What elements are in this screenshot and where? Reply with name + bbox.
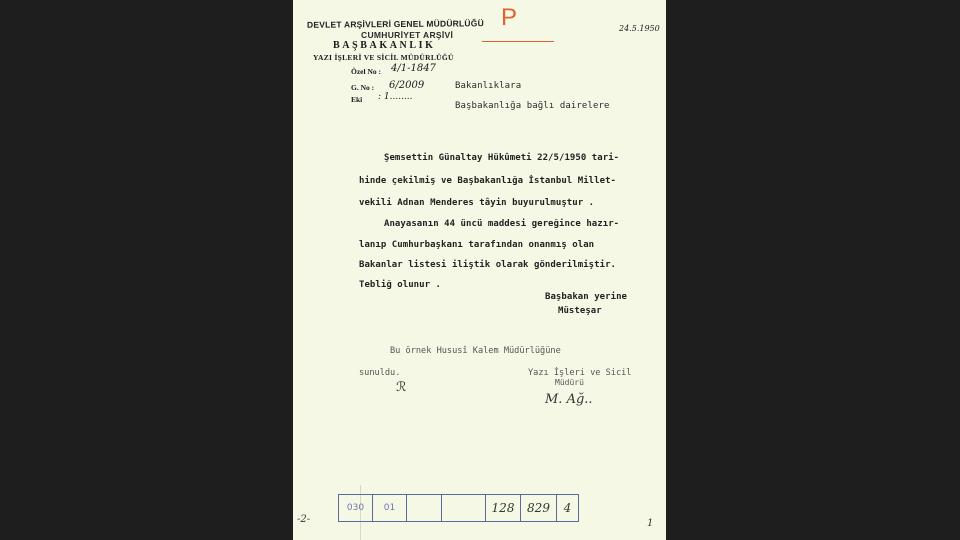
g-no-label: G. No : xyxy=(351,83,374,92)
letterhead-title: BAŞBAKANLIK xyxy=(333,40,436,51)
copy-note-line1: Bu örnek Hususî Kalem Müdürlüğüne xyxy=(390,346,561,356)
handwritten-signature: M. Ağ.. xyxy=(545,392,593,407)
initials-mark: ℛ xyxy=(396,380,406,395)
archive-box-empty-1 xyxy=(407,495,442,521)
ozel-no-label: Özel No : xyxy=(351,67,381,76)
body-line-3: vekili Adnan Menderes tâyin buyurulmuştu… xyxy=(359,198,594,208)
page-number-right: 1 xyxy=(647,518,653,529)
archive-stamp-line2: CUMHURİYET ARŞİVİ xyxy=(361,30,453,40)
archive-reference-boxes: 030 01 128 829 4 xyxy=(338,494,579,522)
eki-value: : 1........ xyxy=(378,92,413,102)
ozel-no-value: 4/1-1847 xyxy=(391,63,436,74)
recipient-2: Başbakanlığa bağlı dairelere xyxy=(455,101,610,111)
archive-box-file: 829 xyxy=(521,495,557,521)
document-page: DEVLET ARŞİVLERİ GENEL MÜDÜRLÜĞÜ CUMHURİ… xyxy=(293,0,666,540)
signature-block-role: Müsteşar xyxy=(558,306,602,316)
signature-block-title: Başbakan yerine xyxy=(545,292,627,302)
archive-box-item: 4 xyxy=(557,495,578,521)
registry-office-line2: Müdürü xyxy=(555,378,584,387)
body-line-1: Şemsettin Günaltay Hükûmeti 22/5/1950 ta… xyxy=(384,153,619,163)
g-no-value: 6/2009 xyxy=(389,80,424,91)
body-line-2: hinde çekilmiş ve Başbakanlığa İstanbul … xyxy=(359,176,616,186)
red-mark: P xyxy=(501,6,517,30)
archive-box-series: 01 xyxy=(373,495,407,521)
letterhead-subtitle: YAZI İŞLERİ VE SİCİL MÜDÜRLÜĞÜ xyxy=(313,53,454,62)
body-line-7: Tebliğ olunur . xyxy=(359,280,441,290)
registry-office-line1: Yazı İşleri ve Sicil xyxy=(528,368,631,378)
archive-stamp-line1: DEVLET ARŞİVLERİ GENEL MÜDÜRLÜĞÜ xyxy=(307,18,484,30)
archive-box-folder: 128 xyxy=(486,495,521,521)
body-line-5: lanıp Cumhurbaşkanı tarafından onanmış o… xyxy=(359,240,594,250)
recipient-1: Bakanlıklara xyxy=(455,81,521,91)
page-number-left: -2- xyxy=(297,514,310,525)
eki-label: Eki xyxy=(351,95,362,104)
copy-note-line2: sunuldu. xyxy=(359,368,400,378)
body-line-6: Bakanlar listesi iliştik olarak gönderil… xyxy=(359,260,616,270)
archive-box-fond: 030 xyxy=(339,495,373,521)
handwritten-date: 24.5.1950 xyxy=(619,24,660,33)
red-underline xyxy=(482,41,554,42)
archive-box-empty-2 xyxy=(442,495,486,521)
body-line-4: Anayasanın 44 üncü maddesi gereğince haz… xyxy=(384,219,619,229)
